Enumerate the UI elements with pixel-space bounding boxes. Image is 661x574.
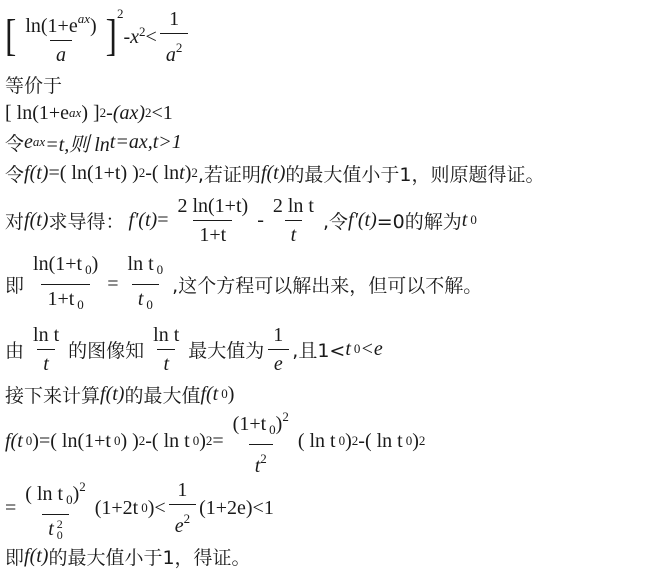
substitution-line: 令eax=t,则 lnt =ax,t>1 [5,128,182,156]
fraction-lnt-over-t-2: ln t t [147,323,185,376]
graph-observation: 由 ln t t 的图像知 ln t t 最大值为 1 e ,且1<t0<e [5,318,383,380]
equivalent-inequality: [ ln(1+eax) ]2-(ax)2<1 [5,99,173,127]
critical-point-equation: 即 ln(1+t0) 1+t0 = ln t0 t0 ,这个方程可以解出来，但可… [5,253,482,315]
bracket-open: [ [5,15,16,59]
conclusion-line: 即f(t)的最大值小于1，得证。 [5,542,251,570]
fraction-1-over-e: 1 e [267,323,289,376]
bracket-close: ] [106,15,117,59]
fraction-lnt0sq-over-t0sq: ( ln t0)2 t20 [19,475,91,541]
fraction-ln1pt0: ln(1+t0) 1+t0 [27,252,104,317]
fraction-lnt0: ln t0 t0 [122,252,170,317]
compute-max-line: 接下来计算f(t)的最大值f(t0) [5,380,234,408]
f-t0-expansion: f(t0)=( ln(1+t0) )2-( ln t0)2= (1+t0)2 t… [5,410,425,472]
fraction-1-over-a2: 1 a2 [160,7,189,67]
fraction-derivative-2: 2 ln t t [267,194,320,247]
inequality-original: [ ln(1+eax) a ] 2 -x2 < 1 a2 [5,2,191,72]
fraction-lnt-over-t: ln t t [27,323,65,376]
derivative-line: 对f(t)求导得： f'(t)= 2 ln(1+t) 1+t - 2 ln t … [5,190,477,250]
equivalent-label: 等价于 [5,70,62,98]
bound-line: = ( ln t0)2 t20 (1+2t0)< 1 e2 (1+2e)<1 [5,475,274,541]
fraction-derivative-1: 2 ln(1+t) 1+t [171,194,254,247]
fraction-1-over-e2: 1 e2 [169,478,196,538]
define-f-line: 令f(t)=( ln(1+t) )2-( lnt )2,若证明f(t)的最大值小… [5,158,544,188]
fraction-1pt0-over-t2: (1+t0)2 t2 [227,405,295,478]
fraction-ln-over-a: ln(1+eax) a [19,7,102,67]
